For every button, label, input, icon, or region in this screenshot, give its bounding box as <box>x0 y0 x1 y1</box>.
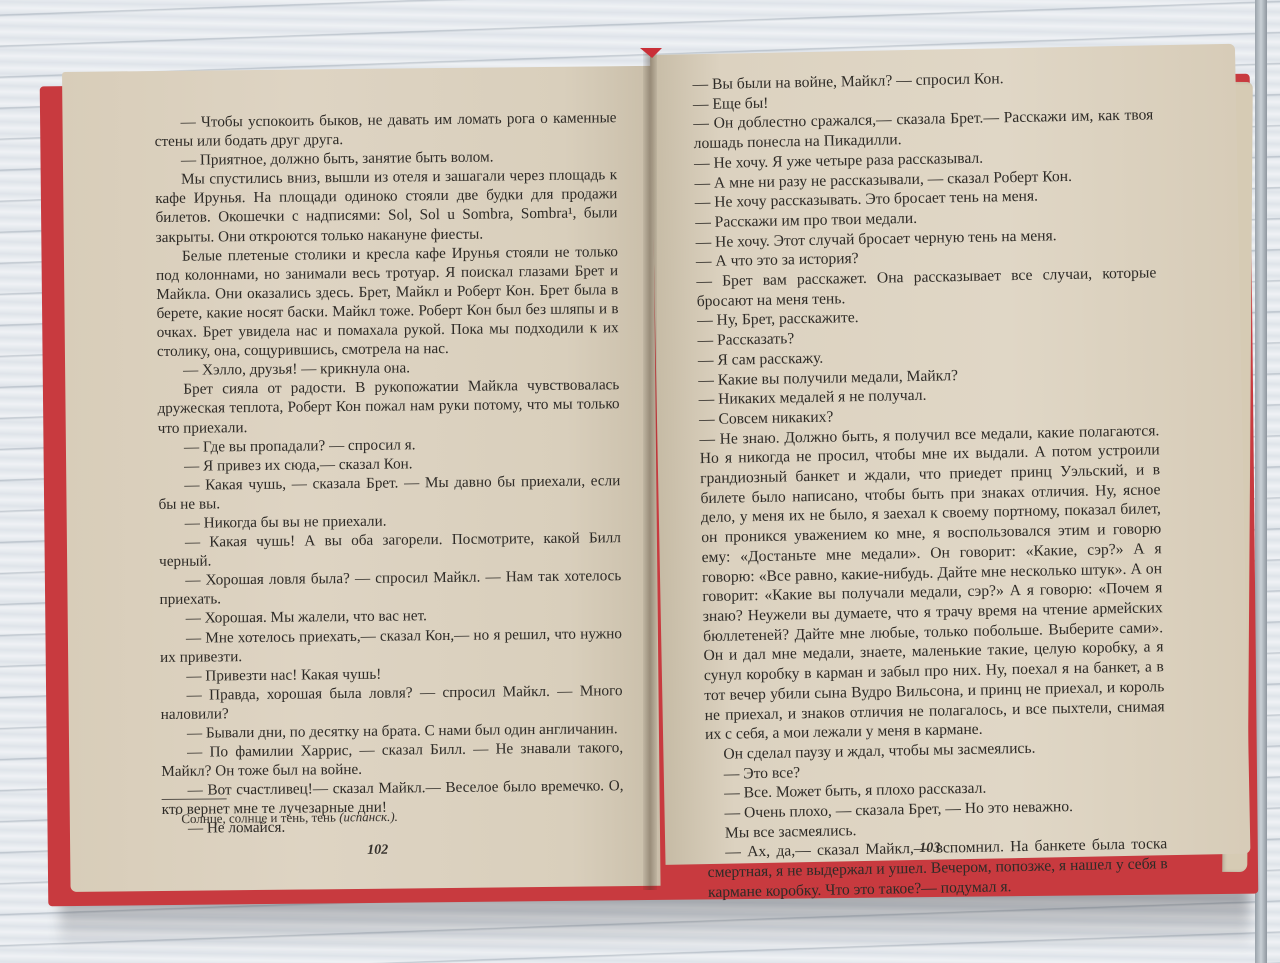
paragraph: Брет сияла от радости. В рукопожатии Май… <box>157 375 620 437</box>
book-gutter <box>643 50 657 890</box>
paragraph: — Какая чушь, — сказала Брет. — Мы давно… <box>158 471 620 514</box>
page-number-left: 102 <box>367 843 388 859</box>
left-page: — Чтобы успокоить быков, не давать им ло… <box>62 66 661 892</box>
paragraph: Мы спустились вниз, вышли из отеля и заш… <box>155 165 618 246</box>
footnote-language-note: (испанск.). <box>339 809 398 825</box>
paragraph: Белые плетеные столики и кресла кафе Иру… <box>156 242 619 361</box>
paragraph: — Правда, хорошая была ловля? — спросил … <box>160 681 622 724</box>
paragraph: — Мне хотелось приехать,— сказал Кон,— н… <box>160 624 622 667</box>
page-number-right: 103 <box>919 841 940 857</box>
paragraph: — Хорошая ловля была? — спросил Майкл. —… <box>159 566 621 609</box>
footnote-text: Солнце, солнце и тень, тень <box>181 810 336 827</box>
footnote: ¹ Солнце, солнце и тень, тень (испанск.)… <box>175 807 398 828</box>
paragraph: — Чтобы успокоить быков, не давать им ло… <box>154 108 616 151</box>
right-page-text: — Вы были на войне, Майкл? — спросил Кон… <box>692 66 1168 902</box>
footnote-marker: ¹ <box>175 809 178 821</box>
right-page: — Вы были на войне, Майкл? — спросил Кон… <box>650 44 1250 865</box>
left-page-text: — Чтобы успокоить быков, не давать им ло… <box>154 108 624 838</box>
paragraph: — Не знаю. Должно быть, я получил все ме… <box>699 421 1165 745</box>
paragraph: — Какая чушь! А вы оба загорели. Посмотр… <box>159 528 621 571</box>
paragraph: — По фамилии Харрис, — сказал Билл. — Не… <box>161 738 623 781</box>
